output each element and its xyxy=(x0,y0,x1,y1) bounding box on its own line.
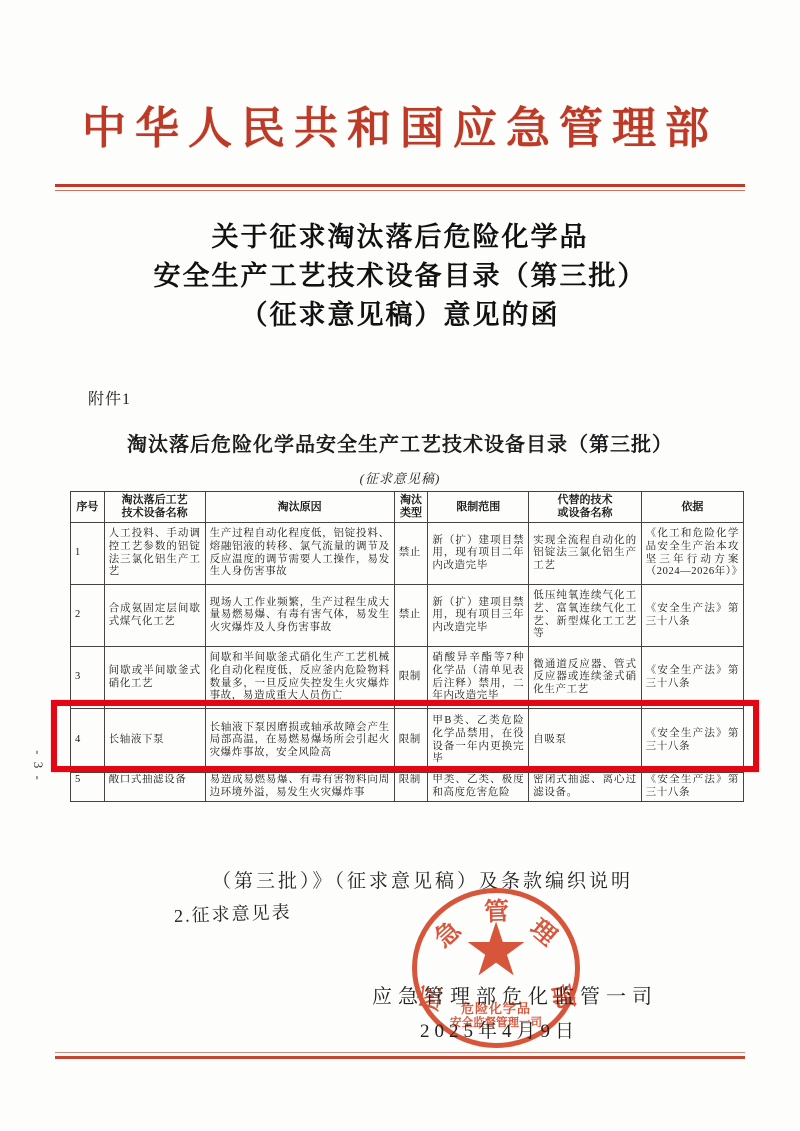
signing-date: 2025年4月9日 xyxy=(420,1016,579,1043)
ministry-letterhead-title: 中华人民共和国应急管理部 xyxy=(0,92,800,156)
cell-type: 禁止 xyxy=(394,523,428,585)
letterhead-divider xyxy=(55,184,745,191)
cell-scope: 新（扩）建项目禁用，现有项目三年内改造完毕 xyxy=(428,585,529,647)
col-header-basis: 依据 xyxy=(641,492,743,523)
catalog-subtitle: (征求意见稿) xyxy=(0,468,800,487)
table-row: 2 合成氨固定层间歇式煤气化工艺 现场人工作业频繁，生产过程生成大量易燃易爆、有… xyxy=(71,585,744,647)
seal-star-icon: ★ xyxy=(412,914,580,988)
col-header-serial: 序号 xyxy=(71,492,105,523)
cell-type: 禁止 xyxy=(394,585,428,647)
document-title-line1: 关于征求淘汰落后危险化学品 xyxy=(0,218,800,257)
body-text-line2: 2.征求意见表 xyxy=(174,898,292,928)
cell-replacement: 实现全流程自动化的铝锭法三氯化铝生产工艺 xyxy=(529,523,641,585)
cell-name: 长轴液下泵 xyxy=(104,709,205,773)
cell-type: 限制 xyxy=(394,709,428,773)
cell-reason: 生产过程自动化程度低，铝锭投料、熔融铝液的转移、氯气流量的调节及反应温度的调节需… xyxy=(205,523,394,585)
document-title: 关于征求淘汰落后危险化学品 安全生产工艺技术设备目录（第三批） （征求意见稿）意… xyxy=(0,218,800,335)
cell-scope: 硝酸异辛酯等7种化学品（清单见表后注释）禁用，二年内改造完毕 xyxy=(428,647,529,709)
document-title-line3: （征求意见稿）意见的函 xyxy=(0,296,800,335)
col-header-replacement: 代替的技术 或设备名称 xyxy=(529,492,641,523)
table-row: 5 敞口式抽滤设备 易造成易燃易爆、有毒有害物料向周边环境外溢，易发生火灾爆炸事… xyxy=(71,773,744,802)
cell-scope: 甲B类、乙类危险化学品禁用，在役设备一年内更换完毕 xyxy=(428,709,529,773)
cell-name: 敞口式抽滤设备 xyxy=(104,773,205,802)
cell-replacement: 自吸泵 xyxy=(529,709,641,773)
signing-department: 应急管理部危化监管一司 xyxy=(372,980,658,1009)
cell-basis: 《安全生产法》第三十八条 xyxy=(641,585,743,647)
cell-reason: 长轴液下泵因磨损或轴承故障会产生局部高温，在易燃易爆场所会引起火灾爆炸事故，安全… xyxy=(205,709,394,773)
col-header-scope: 限制范围 xyxy=(428,492,529,523)
cell-serial: 1 xyxy=(71,523,105,585)
cell-reason: 现场人工作业频繁，生产过程生成大量易燃易爆、有毒有害气体，易发生火灾爆炸及人身伤… xyxy=(205,585,394,647)
catalog-table-wrapper: 序号 淘汰落后工艺 技术设备名称 淘汰原因 淘汰 类型 限制范围 代替的技术 或… xyxy=(70,491,744,802)
cell-serial: 5 xyxy=(71,773,105,802)
table-row-highlighted: 4 长轴液下泵 长轴液下泵因磨损或轴承故障会产生局部高温，在易燃易爆场所会引起火… xyxy=(71,709,744,773)
cell-basis: 《安全生产法》第三十八条 xyxy=(641,709,743,773)
table-header-row: 序号 淘汰落后工艺 技术设备名称 淘汰原因 淘汰 类型 限制范围 代替的技术 或… xyxy=(71,492,744,523)
footer-divider xyxy=(55,1052,745,1059)
table-row: 1 人工投料、手动调控工艺参数的铝锭法三氯化铝生产工艺 生产过程自动化程度低，铝… xyxy=(71,523,744,585)
cell-type: 限制 xyxy=(394,647,428,709)
scanned-document-page: { "page": { "page_number": "- 3 -" }, "l… xyxy=(0,0,800,1131)
cell-scope: 新（扩）建项目禁用，现有项目二年内改造完毕 xyxy=(428,523,529,585)
page-number: - 3 - xyxy=(30,750,46,782)
cell-basis: 《安全生产法》第三十八条 xyxy=(641,647,743,709)
cell-replacement: 低压纯氧连续气化工艺、富氧连续气化工艺、新型煤化工工艺等 xyxy=(529,585,641,647)
cell-serial: 4 xyxy=(71,709,105,773)
catalog-title: 淘汰落后危险化学品安全生产工艺技术设备目录（第三批） xyxy=(0,428,800,457)
cell-serial: 3 xyxy=(71,647,105,709)
cell-reason: 间歇和半间歇釜式硝化生产工艺机械化自动化程度低，反应釜内危险物料数量多，一旦反应… xyxy=(205,647,394,709)
cell-basis: 《化工和危险化学品安全生产治本攻坚三年行动方案（2024—2026年）》 xyxy=(641,523,743,585)
cell-name: 合成氨固定层间歇式煤气化工艺 xyxy=(104,585,205,647)
document-title-line2: 安全生产工艺技术设备目录（第三批） xyxy=(0,257,800,296)
cell-name: 人工投料、手动调控工艺参数的铝锭法三氯化铝生产工艺 xyxy=(104,523,205,585)
cell-replacement: 密闭式抽滤、离心过滤设备。 xyxy=(529,773,641,802)
col-header-name: 淘汰落后工艺 技术设备名称 xyxy=(104,492,205,523)
cell-reason: 易造成易燃易爆、有毒有害物料向周边环境外溢，易发生火灾爆炸事 xyxy=(205,773,394,802)
cell-basis: 《安全生产法》第三十八条 xyxy=(641,773,743,802)
table-row: 3 间歇或半间歇釜式硝化工艺 间歇和半间歇釜式硝化生产工艺机械化自动化程度低，反… xyxy=(71,647,744,709)
cell-scope: 甲类、乙类、极度和高度危害危险 xyxy=(428,773,529,802)
col-header-reason: 淘汰原因 xyxy=(205,492,394,523)
cell-name: 间歇或半间歇釜式硝化工艺 xyxy=(104,647,205,709)
col-header-type: 淘汰 类型 xyxy=(394,492,428,523)
attachment-label: 附件1 xyxy=(88,386,131,409)
catalog-table: 序号 淘汰落后工艺 技术设备名称 淘汰原因 淘汰 类型 限制范围 代替的技术 或… xyxy=(70,491,744,802)
cell-replacement: 微通道反应器、管式反应器或连续釜式硝化生产工艺 xyxy=(529,647,641,709)
cell-serial: 2 xyxy=(71,585,105,647)
cell-type: 限制 xyxy=(394,773,428,802)
